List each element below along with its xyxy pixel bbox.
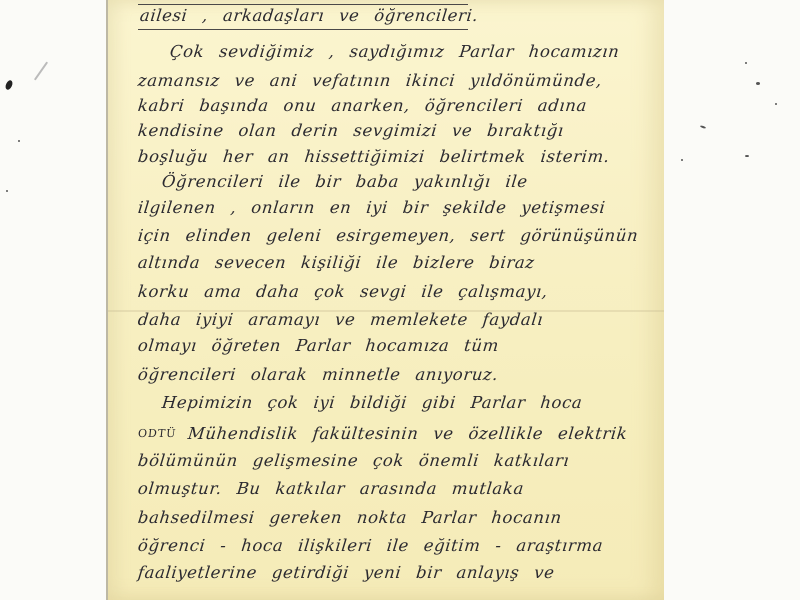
letter-line: için elinden geleni esirgemeyen, sert gö…	[137, 226, 639, 245]
letter-line: bölümünün gelişmesine çok önemli katkıla…	[137, 451, 570, 470]
dust-speck	[745, 62, 747, 64]
dust-speck	[681, 159, 683, 161]
letter-line: öğrenci - hoca ilişkileri ile eğitim - a…	[137, 536, 604, 555]
dust-speck	[18, 140, 20, 142]
heading-underline-top	[138, 4, 468, 5]
letter-line: daha iyiyi aramayı ve memlekete faydalı	[137, 310, 544, 329]
heading-underline	[138, 29, 468, 30]
letter-line: boşluğu her an hissettiğimizi belirtmek …	[137, 147, 611, 166]
letter-line: faaliyetlerine getirdiği yeni bir anlayı…	[137, 563, 556, 582]
letter-line: kendisine olan derin sevgimizi ve bırakt…	[137, 121, 565, 140]
letter-heading: ailesi , arkadaşları ve öğrencileri.	[139, 6, 479, 25]
letter-line: ilgilenen , onların en iyi bir şekilde y…	[137, 198, 606, 217]
dust-speck	[6, 190, 8, 192]
letter-line: olmayı öğreten Parlar hocamıza tüm	[137, 336, 500, 355]
dust-speck	[4, 79, 14, 91]
letter-line: olmuştur. Bu katkılar arasında mutlaka	[137, 479, 525, 498]
letter-line: zamansız ve ani vefatının ikinci yıldönü…	[137, 71, 603, 90]
letter-line: korku ama daha çok sevgi ile çalışmayı,	[137, 282, 549, 301]
dust-speck	[756, 82, 760, 85]
letter-line: bahsedilmesi gereken nokta Parlar hocanı…	[137, 508, 563, 527]
letter-line: Öğrencileri ile bir baba yakınlığı ile	[161, 172, 529, 191]
dust-speck	[775, 103, 777, 105]
letter-line: Çok sevdiğimiz , saydığımız Parlar hocam…	[169, 42, 620, 61]
dust-speck	[700, 125, 706, 129]
letter-line: altında sevecen kişiliği ile bizlere bir…	[137, 253, 536, 272]
letter-paper: ailesi , arkadaşları ve öğrencileri. Çok…	[106, 0, 664, 600]
letter-line: öğrencileri olarak minnetle anıyoruz.	[137, 365, 499, 384]
dust-speck	[34, 61, 48, 80]
letter-line: kabri başında onu anarken, öğrencileri a…	[137, 96, 588, 115]
odtu-abbreviation: ODTÜ	[137, 427, 177, 440]
dust-speck	[745, 155, 749, 157]
letter-line: Hepimizin çok iyi bildiği gibi Parlar ho…	[161, 393, 583, 412]
letter-line: Mühendislik fakültesinin ve özellikle el…	[187, 424, 628, 443]
